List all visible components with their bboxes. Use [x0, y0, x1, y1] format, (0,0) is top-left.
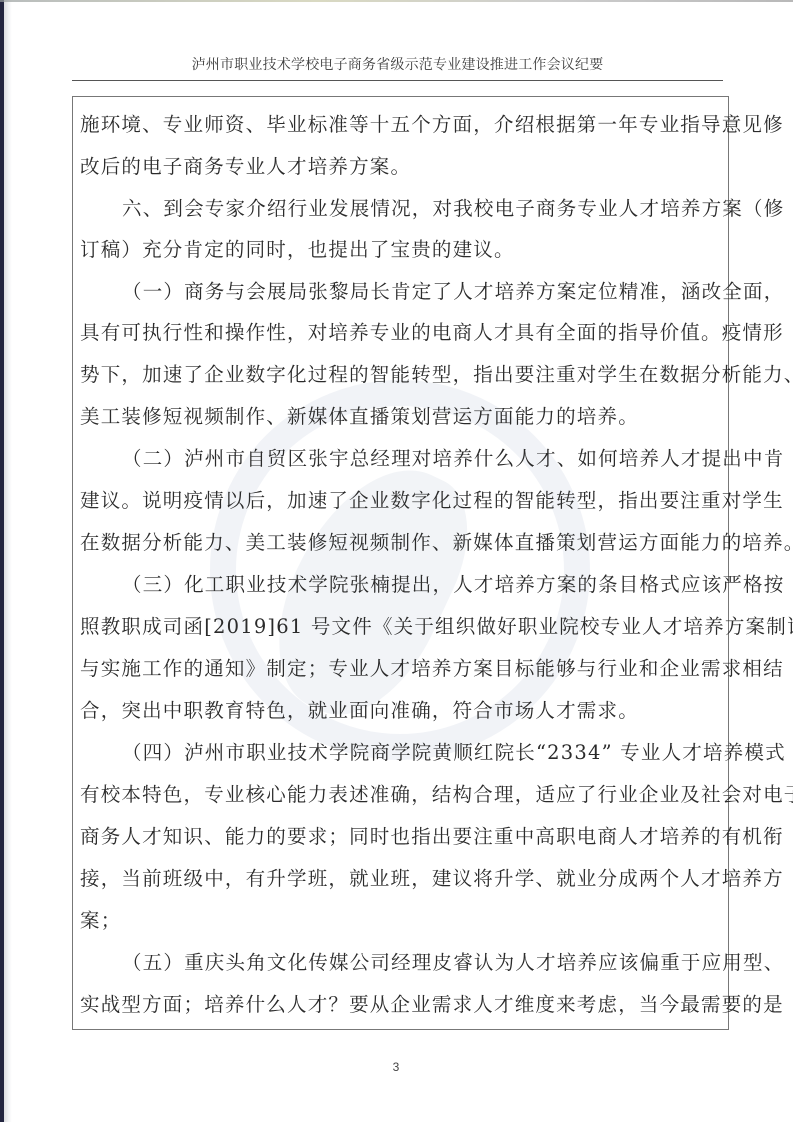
body-line: 接，当前班级中，有升学班，就业班，建议将升学、就业分成两个人才培养方 — [80, 866, 722, 892]
body-line: 施环境、专业师资、毕业标准等十五个方面，介绍根据第一年专业指导意见修 — [80, 112, 722, 138]
item-three-start: （三）化工职业技术学院张楠提出，人才培养方案的条目格式应该严格按 — [80, 572, 722, 598]
body-line: 在数据分析能力、美工装修短视频制作、新媒体直播策划营运方面能力的培养。 — [80, 530, 722, 556]
body-line: 商务人才知识、能力的要求；同时也指出要注重中高职电商人才培养的有机衔 — [80, 824, 722, 850]
scan-edge-top — [0, 0, 793, 2]
item-two-start: （二）泸州市自贸区张宇总经理对培养什么人才、如何培养人才提出中肯 — [80, 446, 722, 472]
body-line: 实战型方面；培养什么人才？要从企业需求人才维度来考虑，当今最需要的是 — [80, 992, 722, 1018]
body-line: 与实施工作的通知》制定；专业人才培养方案目标能够与行业和企业需求相结 — [80, 656, 722, 682]
item-five-start: （五）重庆头角文化传媒公司经理皮睿认为人才培养应该偏重于应用型、 — [80, 950, 722, 976]
item-four-start: （四）泸州市职业技术学院商学院黄顺红院长“2334” 专业人才培养模式 — [80, 740, 722, 766]
body-line: 订稿）充分肯定的同时，也提出了宝贵的建议。 — [80, 237, 722, 263]
body-line: 案； — [80, 908, 722, 934]
body-line: 具有可执行性和操作性，对培养专业的电商人才具有全面的指导价值。疫情形 — [80, 320, 722, 346]
body-line: 建议。说明疫情以后，加速了企业数字化过程的智能转型，指出要注重对学生 — [80, 488, 722, 514]
item-one-start: （一）商务与会展局张黎局长肯定了人才培养方案定位精准，涵改全面， — [80, 279, 722, 305]
body-line: 改后的电子商务专业人才培养方案。 — [80, 154, 722, 180]
body-line: 美工装修短视频制作、新媒体直播策划营运方面能力的培养。 — [80, 404, 722, 430]
body-line: 照教职成司函[2019]61 号文件《关于组织做好职业院校专业人才培养方案制订 — [80, 614, 722, 640]
body-line: 势下，加速了企业数字化过程的智能转型，指出要注重对学生在数据分析能力、 — [80, 362, 722, 388]
page-number: 3 — [386, 1060, 406, 1074]
header-divider — [72, 80, 723, 81]
section-six-heading: 六、到会专家介绍行业发展情况，对我校电子商务专业人才培养方案（修 — [80, 196, 722, 222]
document-header-title: 泸州市职业技术学校电子商务省级示范专业建设推进工作会议纪要 — [72, 54, 723, 76]
scan-edge-shade — [4, 0, 12, 1122]
body-line: 合，突出中职教育特色，就业面向准确，符合市场人才需求。 — [80, 698, 722, 724]
body-line: 有校本特色，专业核心能力表述准确，结构合理，适应了行业企业及社会对电子 — [80, 782, 722, 808]
